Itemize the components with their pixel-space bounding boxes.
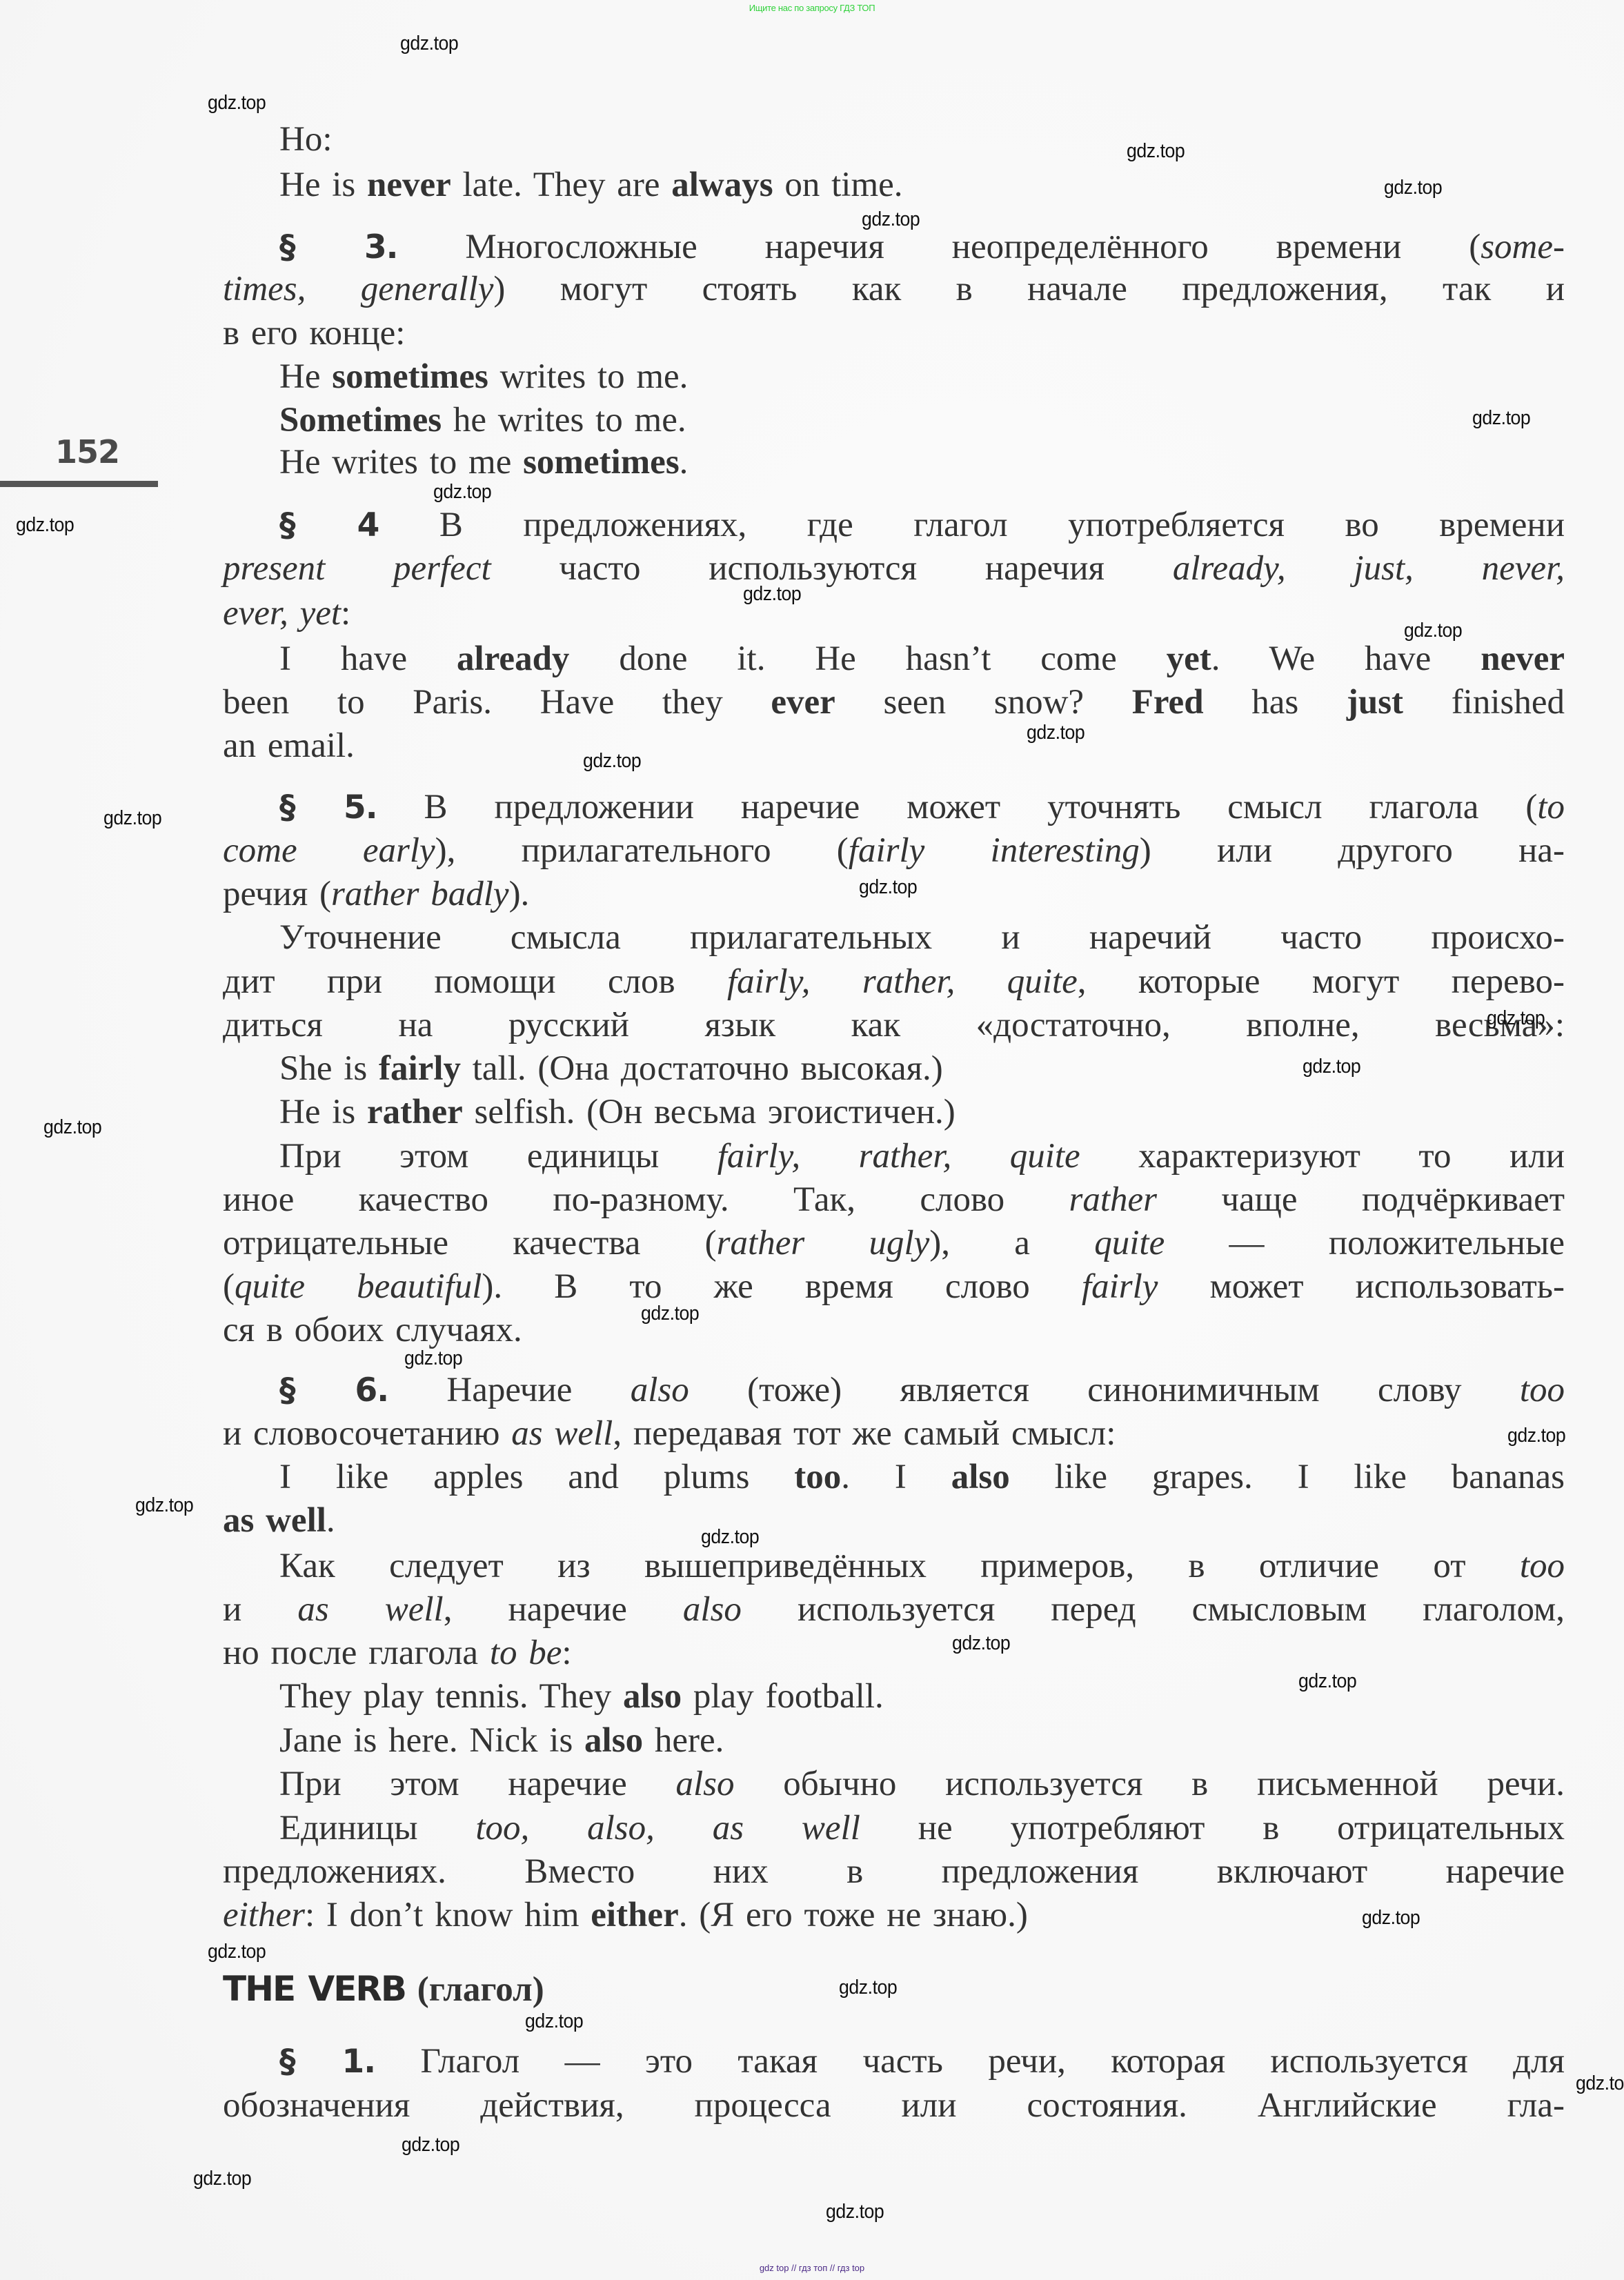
text-line: При этом единицы fairly, rather, quite х… [279,1134,1565,1178]
watermark-label: gdz.top [1576,2072,1624,2094]
section-marker: § 5. [279,789,377,826]
italic-term: already, just, never, [1173,549,1565,588]
text-segment: , которые могут перево- [1078,962,1565,1001]
top-banner: Ищите нас по запросу ГДЗ ТОП [0,3,1624,13]
text-segment: ), прилагательного ( [435,831,849,870]
bold-example-word: too [794,1458,841,1496]
text-segment: , наречие [444,1590,683,1629]
watermark-label: gdz.top [859,876,917,898]
section-marker: § 4 [279,506,379,544]
watermark-label: gdz.top [701,1526,759,1548]
text-segment: : I don’t know him [305,1896,591,1934]
text-line: предложениях. Вместо них в предложения в… [223,1850,1565,1894]
text-line: но после глагола to be: [223,1631,1565,1675]
text-segment: Многосложные наречия неопределённого вре… [398,228,1481,266]
text-segment: Как следует из вышеприведённых примеров,… [279,1547,1520,1585]
text-segment: He is [279,1093,367,1131]
bold-example-word: also [584,1721,643,1760]
watermark-label: gdz.top [1362,1907,1420,1929]
section-marker: § 3. [279,228,398,266]
italic-term: times, generally [223,270,493,308]
italic-term: quite beautiful [235,1267,482,1306]
section-marker: § 1. [279,2043,375,2081]
watermark-label: gdz.top [404,1347,462,1369]
text-line: He is never late. They are always on tim… [279,163,1565,207]
text-line: Как следует из вышеприведённых примеров,… [279,1544,1565,1588]
bold-example-word: rather [367,1093,463,1131]
bold-example-word: always [671,166,773,204]
text-segment: She is [279,1049,379,1088]
text-segment: has [1204,683,1347,722]
bold-example-word: either [591,1896,678,1934]
italic-term: rather badly [331,875,509,913]
text-segment: an email. [223,726,355,765]
italic-term: as well [297,1590,443,1629]
italic-term: fairly [1082,1267,1158,1306]
text-segment: seen snow? [835,683,1132,722]
italic-term: also [683,1590,742,1629]
bold-example-word: sometimes [523,443,680,482]
watermark-label: gdz.top [135,1494,193,1516]
watermark-label: gdz.top [103,807,161,829]
text-segment: , передавая тот же самый смысл: [613,1414,1116,1453]
text-segment: При этом единицы [279,1137,717,1176]
watermark-label: gdz.top [1507,1425,1565,1447]
italic-term: to be [490,1634,562,1672]
text-line: They play tennis. They also play footbal… [279,1674,1565,1718]
text-segment: here. [643,1721,724,1760]
text-line: отрицательные качества (rather ugly), а … [223,1221,1565,1265]
text-segment: Единицы [279,1809,475,1847]
bold-example-word: just [1347,683,1403,722]
text-line: Sometimes he writes to me. [279,398,1565,442]
watermark-label: gdz.top [16,514,74,536]
text-line: дит при помощи слов fairly, rather, quit… [223,960,1565,1004]
text-segment: предложениях. Вместо них в предложения в… [223,1852,1565,1891]
text-segment: Наречие [388,1371,631,1409]
text-segment: диться на русский язык как «достаточно, … [223,1006,1565,1044]
text-segment: При этом наречие [279,1765,675,1803]
text-line: иное качество по-разному. Так, слово rat… [223,1178,1565,1222]
text-line: ever, yet: [223,591,1565,635]
bold-example-word: ever [771,683,835,722]
text-segment: чаще подчёркивает [1157,1180,1565,1219]
text-segment: и [223,1590,297,1629]
italic-term: too, also, as well [475,1809,860,1847]
text-segment: ). [509,875,530,913]
text-line: Уточнение смысла прилагательных и наречи… [279,915,1565,960]
text-segment: : [562,1634,571,1672]
text-segment: like grapes. I like bananas [1010,1458,1565,1496]
text-segment: ). В то же время слово [482,1267,1082,1306]
text-segment: I have [279,640,457,678]
text-segment: writes to me. [488,357,689,396]
italic-term: fairly, rather, quite [717,1137,1080,1176]
text-line: as well. [223,1498,1565,1543]
text-line: She is fairly tall. (Она достаточно высо… [279,1047,1565,1091]
bold-example-word: Sometimes [279,401,442,439]
text-segment: и словосочетанию [223,1414,511,1453]
text-segment: . I [841,1458,951,1496]
italic-term: rather [1069,1180,1158,1219]
italic-term: present perfect [223,549,491,588]
watermark-label: gdz.top [826,2201,884,2223]
text-line: § 1. Глагол — это такая часть речи, кото… [279,2039,1565,2083]
text-segment: on time. [773,166,903,204]
watermark-label: gdz.top [1298,1670,1356,1692]
text-segment: может использовать- [1158,1267,1565,1306]
text-line: Единицы too, also, as well не употребляю… [279,1806,1565,1850]
bold-example-word: never [367,166,451,204]
text-segment: Глагол — это такая часть речи, которая и… [375,2042,1565,2081]
italic-term: fairly, rather, quite [727,962,1078,1001]
italic-term: some- [1481,228,1565,266]
text-segment: He is [279,166,367,204]
bold-example-word: also [623,1677,682,1716]
text-segment: He [279,357,332,396]
text-line: been to Paris. Have they ever seen snow?… [223,680,1565,724]
watermark-label: gdz.top [193,2168,251,2190]
bold-example-word: never [1481,640,1565,678]
watermark-label: gdz.top [583,750,641,772]
bold-example-word: Fred [1132,683,1204,722]
text-segment: часто используются наречия [491,549,1173,588]
text-line: He is rather selfish. (Он весьма эгоисти… [279,1090,1565,1134]
italic-term: also [631,1371,689,1409]
text-segment: характеризуют то или [1080,1137,1565,1176]
text-line: § 6. Наречие also (тоже) является синони… [279,1368,1565,1412]
text-segment: Уточнение смысла прилагательных и наречи… [279,918,1565,957]
italic-term: either [223,1896,305,1934]
watermark-label: gdz.top [208,1941,266,1963]
text-segment: используется перед смысловым глаголом, [742,1590,1565,1629]
section-marker: § 6. [279,1371,388,1409]
italic-term: to [1537,788,1565,826]
text-segment: но после глагола [223,1634,490,1672]
section-heading: THE VERB [223,1969,406,2009]
section-heading: (глагол) [406,1970,544,2009]
watermark-label: gdz.top [952,1632,1010,1654]
text-segment: been to Paris. Have they [223,683,771,722]
text-segment: В предложениях, где глагол употребляется… [379,506,1565,544]
text-segment: selfish. (Он весьма эгоистичен.) [463,1093,955,1131]
bold-example-word: already [457,640,569,678]
italic-term: too [1520,1547,1565,1585]
italic-term: quite [1094,1224,1165,1262]
text-line: He writes to me sometimes. [279,440,1565,484]
text-segment: play football. [682,1677,884,1716]
text-line: § 4 В предложениях, где глагол употребля… [279,503,1565,547]
text-line: § 3. Многосложные наречия неопределённог… [279,225,1565,269]
watermark-label: gdz.top [433,481,491,503]
text-line: ся в обоих случаях. [223,1308,1565,1352]
text-line: come early), прилагательного (fairly int… [223,829,1565,873]
text-segment: . [680,443,689,482]
textbook-page: Ищите нас по запросу ГДЗ ТОП 152 Но:He i… [0,0,1624,2280]
text-segment: : [341,594,350,633]
text-segment: — положительные [1165,1224,1565,1262]
text-segment: he writes to me. [442,401,686,439]
watermark-label: gdz.top [839,1976,897,1999]
watermark-label: gdz.top [1472,407,1530,429]
page-number: 152 [55,433,119,470]
text-segment: ), а [929,1224,1094,1262]
watermark-label: gdz.top [43,1116,101,1138]
page-number-rule [0,481,158,487]
watermark-label: gdz.top [402,2134,459,2156]
text-segment: дит при помощи слов [223,962,727,1001]
text-segment: . [326,1501,335,1540]
watermark-label: gdz.top [1127,140,1185,162]
text-segment: отрицательные качества ( [223,1224,717,1262]
text-segment: (тоже) является синонимичным слову [689,1371,1520,1409]
text-segment: ( [223,1267,235,1306]
text-line: Но: [279,117,1565,161]
text-segment: В предложении наречие может уточнять смы… [377,788,1538,826]
watermark-label: gdz.top [862,208,920,230]
watermark-label: gdz.top [1303,1055,1360,1078]
text-segment: иное качество по-разному. Так, слово [223,1180,1069,1219]
text-line: § 5. В предложении наречие может уточнят… [279,785,1565,829]
text-line: (quite beautiful). В то же время слово f… [223,1265,1565,1309]
bold-example-word: fairly [379,1049,461,1088]
text-line: He sometimes writes to me. [279,355,1565,399]
italic-term: ever, yet [223,594,341,633]
watermark-label: gdz.top [400,32,458,54]
italic-term: rather ugly [717,1224,930,1262]
watermark-label: gdz.top [743,583,801,605]
text-segment: Но: [279,120,333,159]
text-segment: ) или другого на- [1140,831,1565,870]
text-segment: речия ( [223,875,331,913]
text-segment: tall. (Она достаточно высокая.) [461,1049,943,1088]
watermark-label: gdz.top [1404,619,1462,642]
bottom-banner: gdz top // гдз топ // гдз top [0,2263,1624,2273]
text-segment: I like apples and plums [279,1458,794,1496]
bold-example-word: also [951,1458,1010,1496]
text-line: I like apples and plums too. I also like… [279,1455,1565,1499]
text-segment: They play tennis. They [279,1677,623,1716]
text-segment: . We have [1211,640,1481,678]
text-segment: обычно используется в письменной речи. [735,1765,1565,1803]
bold-example-word: sometimes [332,357,488,396]
text-line: обозначения действия, процесса или состо… [223,2083,1565,2128]
text-segment: finished [1403,683,1565,722]
text-segment: в его конце: [223,314,405,353]
text-segment: . (Я его тоже не знаю.) [679,1896,1028,1934]
text-line: an email. [223,724,1565,768]
watermark-label: gdz.top [208,92,266,114]
text-line: I have already done it. He hasn’t come y… [279,637,1565,681]
text-segment: Jane is here. Nick is [279,1721,584,1760]
text-line: present perfect часто используются нареч… [223,546,1565,591]
text-line: диться на русский язык как «достаточно, … [223,1003,1565,1047]
text-line: и словосочетанию as well, передавая тот … [223,1411,1565,1456]
text-segment: late. They are [451,166,672,204]
text-segment: ся в обоих случаях. [223,1311,522,1349]
italic-term: also [675,1765,734,1803]
italic-term: as well [511,1414,613,1453]
bold-example-word: as well [223,1501,326,1540]
watermark-label: gdz.top [1487,1007,1545,1029]
text-line: Jane is here. Nick is also here. [279,1718,1565,1763]
watermark-label: gdz.top [1027,722,1085,744]
italic-term: too [1520,1371,1565,1409]
text-line: times, generally) могут стоять как в нач… [223,267,1565,311]
text-segment: He writes to me [279,443,523,482]
text-segment: done it. He hasn’t come [569,640,1166,678]
text-segment: обозначения действия, процесса или состо… [223,2086,1565,2125]
watermark-label: gdz.top [1384,177,1442,199]
text-line: При этом наречие also обычно используетс… [279,1762,1565,1806]
italic-term: come early [223,831,435,870]
text-segment: не употребляют в отрицательных [860,1809,1565,1847]
watermark-label: gdz.top [525,2010,583,2032]
watermark-label: gdz.top [641,1302,699,1325]
text-line: в его конце: [223,311,1565,355]
text-line: и as well, наречие also используется пер… [223,1587,1565,1632]
text-segment: ) могут стоять как в начале предложения,… [493,270,1565,308]
italic-term: fairly interesting [849,831,1140,870]
bold-example-word: yet [1167,640,1211,678]
